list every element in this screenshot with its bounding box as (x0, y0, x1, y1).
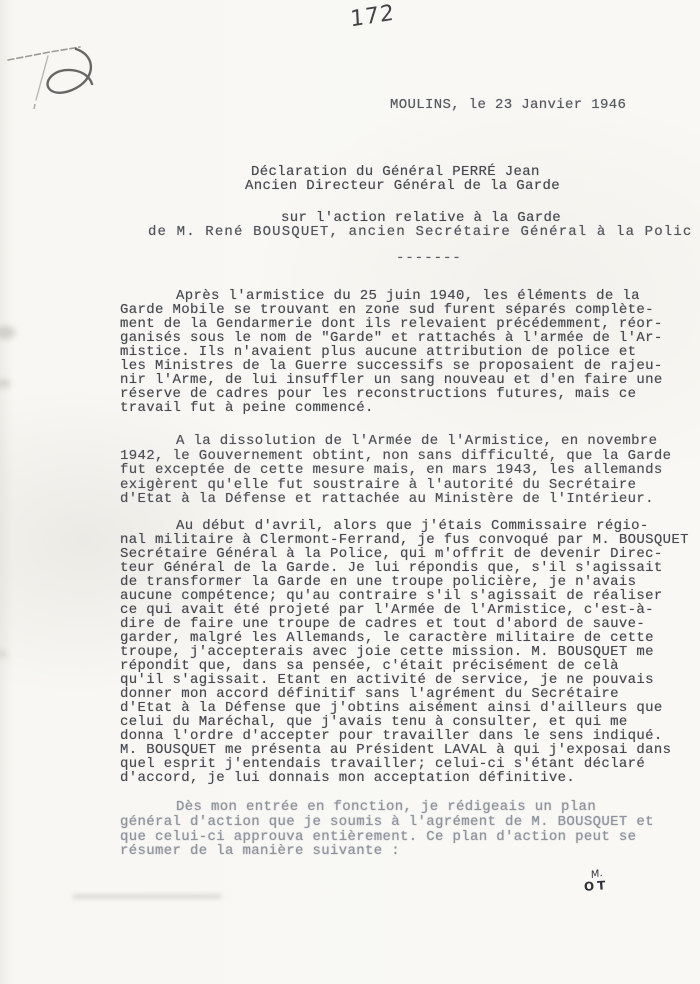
date-line: MOULINS, le 23 Janvier 1946 (390, 97, 626, 113)
document-title-line2: Ancien Directeur Général de la Garde (245, 178, 560, 194)
text-line: A la dissolution de l'Armée de l'Armisti… (120, 434, 700, 449)
text-line: travail fut à peine commencé. (120, 401, 700, 415)
text-line: quel esprit j'entendais travailler; celu… (120, 757, 700, 771)
text-line: dire de faire une troupe de cadres et to… (120, 617, 700, 631)
text-line: aucune compétence; qu'au contraire s'il … (120, 589, 700, 603)
text-line: d'accord, je lui donnais mon acceptation… (120, 771, 700, 785)
scan-smudge (0, 650, 8, 658)
text-line: teur Général de la Garde. Je lui répondi… (120, 561, 700, 575)
text-line: Garde Mobile se trouvant en zone sud fur… (120, 303, 700, 317)
text-line: 1942, le Gouvernement obtint, non sans d… (120, 449, 700, 464)
text-line: ce qui avait été projeté par l'Armée de … (120, 603, 700, 617)
text-line: d'Etat à la Défense et rattachée au Mini… (120, 492, 700, 507)
text-line: fut exceptée de cette mesure mais, en ma… (120, 463, 700, 478)
text-line: garder, malgré les Allemands, le caractè… (120, 631, 700, 645)
text-line: de transformer la Garde en une troupe po… (120, 575, 700, 589)
pencil-scribble-icon (2, 30, 122, 120)
text-line: donner mon accord définitif sans l'agrém… (120, 687, 700, 701)
paragraph-plan-action: Dès mon entrée en fonction, je rédigeais… (120, 800, 700, 859)
text-line: général d'action que je soumis à l'agrém… (120, 815, 700, 830)
document-page: 172 MOULINS, le 23 Janvier 1946 Déclarat… (0, 0, 700, 984)
paragraph-bousquet-meeting: Au début d'avril, alors que j'étais Comm… (120, 519, 700, 785)
text-line: qu'il s'agissait. Etant en activité de s… (120, 673, 700, 687)
text-line: ment de la Gendarmerie dont ils relevaie… (120, 317, 700, 331)
text-line: celui du Maréchal, que j'avais tenu à co… (120, 715, 700, 729)
text-line: Au début d'avril, alors que j'étais Comm… (120, 519, 700, 533)
document-subtitle-line2: de M. René BOUSQUET, ancien Secrétaire G… (148, 224, 692, 240)
text-line: mistice. Ils n'avaient plus aucune attri… (120, 345, 700, 359)
text-line: Dès mon entrée en fonction, je rédigeais… (120, 800, 700, 815)
text-line: exigèrent qu'elle fut soustraire à l'aut… (120, 478, 700, 493)
handwritten-page-number: 172 (350, 0, 396, 32)
text-line: troupe, j'accepterais avec joie cette mi… (120, 645, 700, 659)
text-line: nal militaire à Clermont-Ferrand, je fus… (120, 533, 700, 547)
text-line: ganisés sous le nom de "Garde" et rattac… (120, 331, 700, 345)
text-line: les Ministres de la Guerre successifs se… (120, 359, 700, 373)
text-line: réserve de cadres pour les reconstructio… (120, 387, 700, 401)
paragraph-armistice: Après l'armistice du 25 juin 1940, les é… (120, 289, 700, 415)
scan-smudge-line (72, 894, 222, 899)
text-line: d'Etat à la Défense que j'obtins aisémen… (120, 701, 700, 715)
text-line: Secrétaire Général à la Police, qui m'of… (120, 547, 700, 561)
paragraph-dissolution: A la dissolution de l'Armée de l'Armisti… (120, 434, 700, 507)
ink-initial-mark: OT (584, 878, 609, 894)
scan-smudge (0, 379, 11, 388)
text-line: M. BOUSQUET me présenta au Président LAV… (120, 743, 700, 757)
text-line: nir l'Arme, de lui insuffler un sang nou… (120, 373, 700, 387)
scan-smudge (0, 326, 16, 339)
text-line: répondit que, dans sa pensée, c'était pr… (120, 659, 700, 673)
text-line: résumer de la manière suivante : (120, 844, 700, 859)
text-line: donna l'ordre d'accepter pour travailler… (120, 729, 700, 743)
text-line: Après l'armistice du 25 juin 1940, les é… (120, 289, 700, 303)
separator-dashes: ------- (396, 250, 462, 266)
